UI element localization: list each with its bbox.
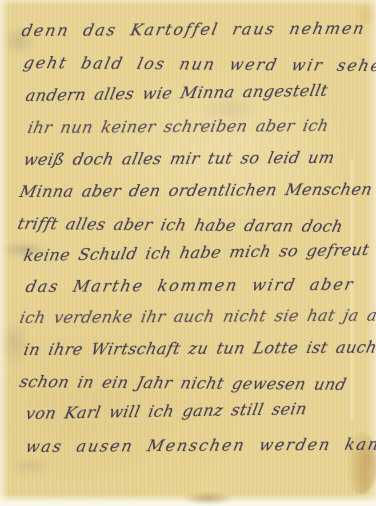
handwriting-line: in ihre Wirtschaft zu tun Lotte ist auch <box>22 338 376 359</box>
handwriting-line: ich verdenke ihr auch nicht sie hat ja a… <box>18 305 376 327</box>
handwriting-line: weiß doch alles mir tut so leid um <box>22 148 336 169</box>
handwriting-line: denn das Kartoffel raus nehmen <box>20 19 367 40</box>
handwriting-line: trifft alles aber ich habe daran doch <box>16 214 345 236</box>
letter-page: denn das Kartoffel raus nehmen geht bald… <box>0 0 376 506</box>
handwriting-line: schon in ein Jahr nicht gewesen und <box>18 372 349 394</box>
handwriting-line: ihr nun keiner schreiben aber ich <box>26 116 331 137</box>
handwriting-line: das Marthe kommen wird aber <box>24 275 356 296</box>
handwriting-line: Minna aber den ordentlichen Menschen <box>18 180 374 201</box>
handwriting-line: was ausen Menschen werden kann <box>24 434 376 456</box>
handwriting-line: geht bald los nun werd wir sehen die <box>22 53 376 76</box>
